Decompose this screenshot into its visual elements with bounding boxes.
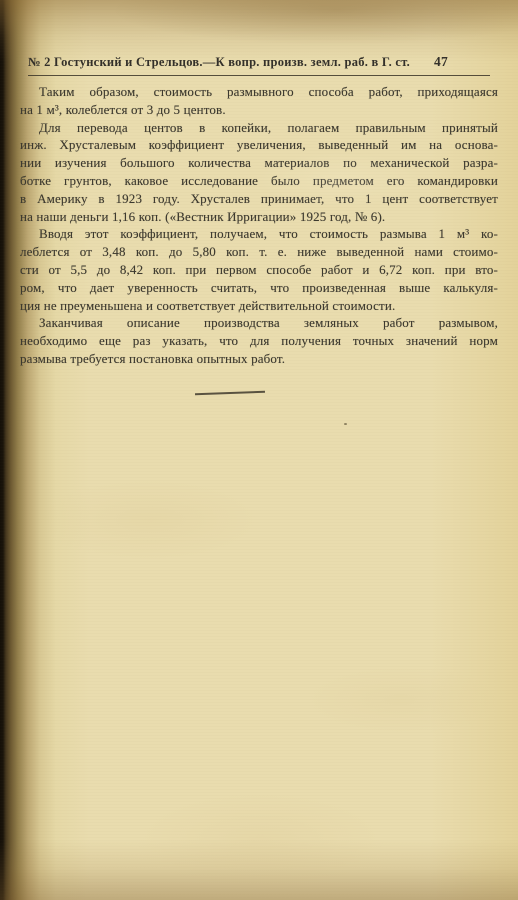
text-line: сти от 5,5 до 8,42 коп. при первом спосо… — [20, 261, 498, 279]
text-line: в Америку в 1923 году. Хрусталев принима… — [20, 190, 498, 208]
text-line: леблется от 3,48 коп. до 5,80 коп. т. е.… — [20, 243, 498, 261]
text-line: размыва требуется постановка опытных раб… — [20, 350, 498, 368]
text-line: инж. Хрусталевым коэффициент увеличения,… — [20, 136, 498, 154]
text-line: нии изучения большого количества материа… — [20, 154, 498, 172]
text-line: на 1 м³, колеблется от 3 до 5 центов. — [20, 101, 498, 119]
running-header: № 2 Гостунский и Стрельцов.—К вопр. прои… — [28, 54, 490, 76]
text-line: Таким образом, стоимость размывного спос… — [20, 83, 498, 101]
paper-speck — [344, 423, 347, 425]
text-line: на наши деньги 1,16 коп. («Вестник Ирриг… — [20, 208, 498, 226]
page-text: Таким образом, стоимость размывного спос… — [20, 83, 498, 368]
text-line: ботке грунтов, каковое исследование было… — [20, 172, 498, 190]
text-line: Для перевода центов в копейки, полагаем … — [20, 119, 498, 137]
running-title: № 2 Гостунский и Стрельцов.—К вопр. прои… — [28, 55, 410, 70]
text-line: ром, что дает уверенность считать, что п… — [20, 279, 498, 297]
section-divider-rule — [195, 391, 265, 395]
page-number: 47 — [434, 54, 490, 70]
text-line: Вводя этот коэффициент, получаем, что ст… — [20, 225, 498, 243]
text-line: Заканчивая описание производства земляны… — [20, 314, 498, 332]
book-page-scan: № 2 Гостунский и Стрельцов.—К вопр. прои… — [0, 0, 518, 900]
text-line: необходимо еще раз указать, что для полу… — [20, 332, 498, 350]
text-line: ция не преуменьшена и соответствует дейс… — [20, 297, 498, 315]
